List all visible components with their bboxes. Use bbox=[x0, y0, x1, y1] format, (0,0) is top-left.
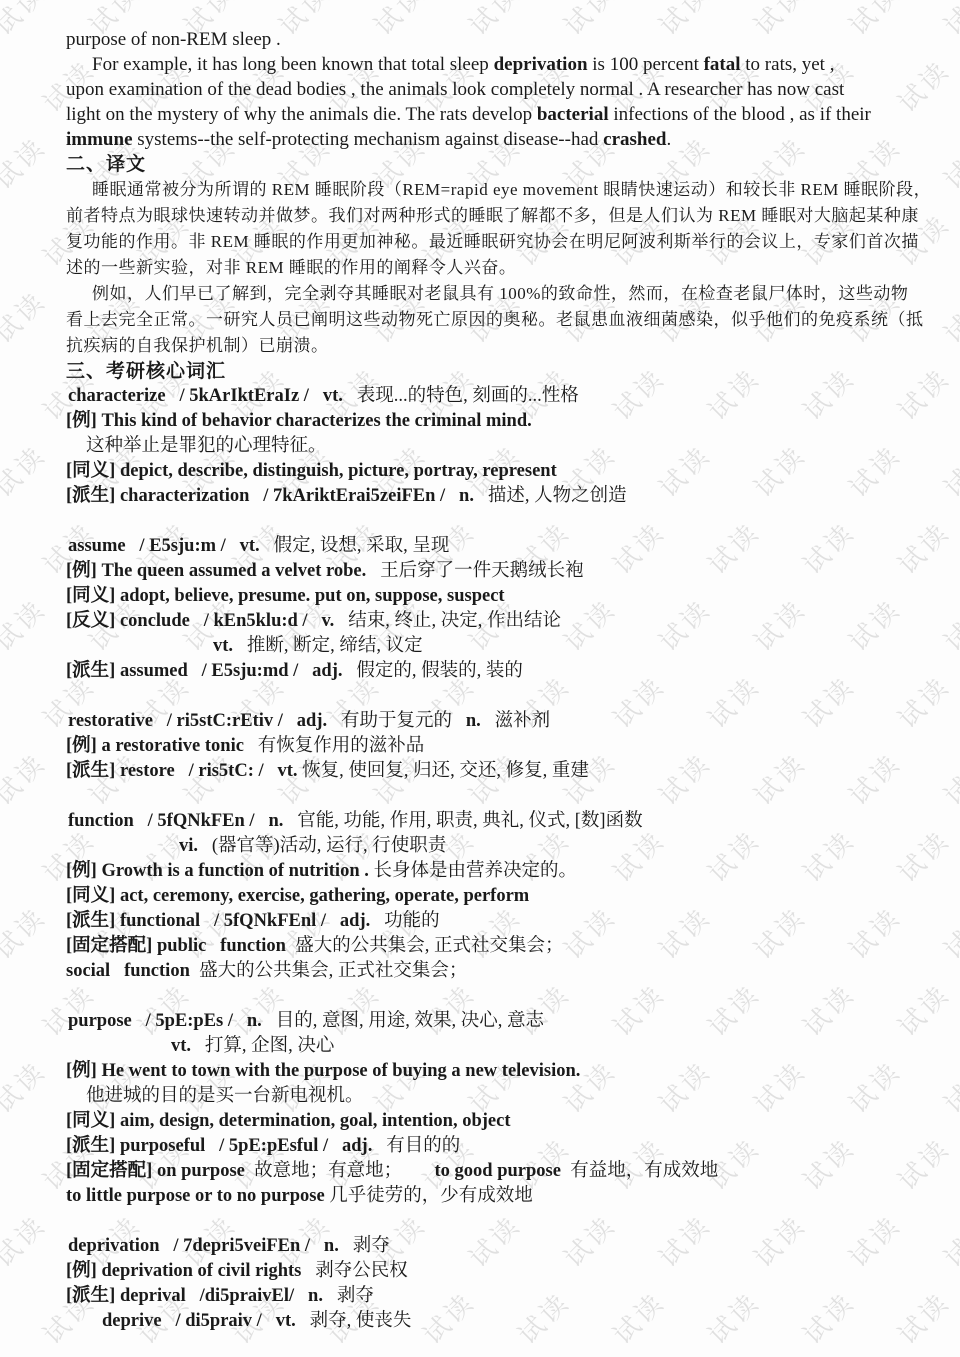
text-segment: [固定搭配] on purpose bbox=[66, 1161, 245, 1181]
text-segment: 官能, 功能, 作用, 职责, 典礼, 仪式, [数]函数 bbox=[283, 811, 642, 831]
text-line: upon examination of the dead bodies , th… bbox=[66, 77, 902, 102]
text-segment: 推断, 断定, 缔结, 议定 bbox=[233, 636, 423, 656]
text-line: [固定搭配] public function 盛大的公共集会, 正式社交集会； bbox=[66, 934, 902, 959]
text-line: social function 盛大的公共集会, 正式社交集会； bbox=[66, 959, 902, 984]
text-segment: 表现...的特色, 刻画的...性格 bbox=[343, 386, 579, 406]
text-line: [派生] purposeful / 5pE:pEsful / adj. 有目的的 bbox=[66, 1134, 902, 1159]
text-line: [例] a restorative tonic 有恢复作用的滋补品 bbox=[66, 734, 902, 759]
text-segment: 剥夺公民权 bbox=[301, 1261, 407, 1281]
text-line: restorative / ri5stC:rEtiv / adj. 有助于复元的… bbox=[66, 709, 902, 734]
text-line: [反义] conclude / kEn5klu:d / v. 结束, 终止, 决… bbox=[66, 609, 902, 634]
text-line: 前者特点为眼球快速转动并做梦。我们对两种形式的睡眠了解都不多，但是人们认为 RE… bbox=[66, 203, 902, 229]
text-segment: upon examination of the dead bodies , th… bbox=[66, 79, 844, 100]
text-segment: [派生] deprival /di5praivEl/ n. bbox=[66, 1286, 323, 1306]
heading-vocabulary: 三、考研核心词汇 bbox=[66, 359, 902, 384]
text-segment: 抗疾病的自我保护机制）已崩溃。 bbox=[66, 336, 329, 355]
text-line: [派生] restore / ris5tC: / vt. 恢复, 使回复, 归还… bbox=[66, 759, 902, 784]
text-segment: 这种举止是罪犯的心理特征。 bbox=[86, 436, 327, 456]
page: 试读试读试读试读试读试读试读试读试读试读试读试读试读试读试读试读试读试读试读试读… bbox=[0, 0, 960, 1357]
text-segment: 盛大的公共集会, 正式社交集会； bbox=[286, 936, 564, 956]
text-line: deprive / di5praiv / vt. 剥夺, 使丧失 bbox=[66, 1309, 902, 1334]
text-line: [例] He went to town with the purpose of … bbox=[66, 1059, 902, 1084]
text-segment: 述的一些新实验，对非 REM 睡眠的作用的阐释令人兴奋。 bbox=[66, 258, 516, 277]
text-line: vt. 打算, 企图, 决心 bbox=[66, 1034, 902, 1059]
text-segment: deprivation bbox=[494, 54, 588, 75]
text-segment: [同义] act, ceremony, exercise, gathering,… bbox=[66, 886, 529, 906]
text-segment: purpose / 5pE:pEs / n. bbox=[68, 1011, 262, 1031]
text-segment: 盛大的公共集会, 正式社交集会； bbox=[190, 961, 468, 981]
text-segment: 功能的 bbox=[370, 911, 439, 931]
text-segment: [同义] depict, describe, distinguish, pict… bbox=[66, 461, 557, 481]
text-segment: 剥夺, 使丧失 bbox=[296, 1311, 412, 1331]
text-segment: 有目的的 bbox=[372, 1136, 460, 1156]
text-segment: 几乎徒劳的，少有成效地 bbox=[325, 1186, 533, 1206]
translation-paragraph-1: 睡眠通常被分为所谓的 REM 睡眠阶段（REM=rapid eye moveme… bbox=[66, 177, 902, 281]
text-segment: [派生] purposeful / 5pE:pEsful / adj. bbox=[66, 1136, 372, 1156]
text-segment: [例] Growth is a function of nutrition . bbox=[66, 861, 369, 881]
text-line: [派生] functional / 5fQNkFEnl / adj. 功能的 bbox=[66, 909, 902, 934]
text-segment: 有益地，有成效地 bbox=[561, 1161, 718, 1181]
text-line: 抗疾病的自我保护机制）已崩溃。 bbox=[66, 333, 902, 359]
text-line: 睡眠通常被分为所谓的 REM 睡眠阶段（REM=rapid eye moveme… bbox=[66, 177, 902, 203]
vocab-entry-restorative: restorative / ri5stC:rEtiv / adj. 有助于复元的… bbox=[66, 709, 902, 784]
text-segment: characterize / 5kArIktEraIz / vt. bbox=[68, 386, 343, 406]
text-segment: [反义] conclude / kEn5klu:d / v. bbox=[66, 611, 334, 631]
text-segment: [派生] assumed / E5sju:md / adj. bbox=[66, 661, 343, 681]
text-segment: 有恢复作用的滋补品 bbox=[244, 736, 424, 756]
text-line: to little purpose or to no purpose 几乎徒劳的… bbox=[66, 1184, 902, 1209]
text-segment: 剥夺 bbox=[323, 1286, 374, 1306]
document-content: purpose of non-REM sleep .For example, i… bbox=[0, 0, 960, 1334]
text-segment: 看上去完全正常。一研究人员已阐明这些动物死亡原因的奥秘。老鼠患血液细菌感染，似乎… bbox=[66, 310, 924, 329]
text-segment: infections of the blood , as if their bbox=[609, 104, 871, 125]
text-line: [派生] deprival /di5praivEl/ n. 剥夺 bbox=[66, 1284, 902, 1309]
vocab-entry-purpose: purpose / 5pE:pEs / n. 目的, 意图, 用途, 效果, 决… bbox=[66, 1009, 902, 1209]
text-line: [派生] characterization / 7kAriktErai5zeiF… bbox=[66, 484, 902, 509]
translation-paragraph-2: 例如，人们早已了解到，完全剥夺其睡眠对老鼠具有 100%的致命性，然而，在检查老… bbox=[66, 281, 902, 359]
text-line: 看上去完全正常。一研究人员已阐明这些动物死亡原因的奥秘。老鼠患血液细菌感染，似乎… bbox=[66, 307, 902, 333]
text-segment: immune bbox=[66, 129, 133, 150]
text-line: vi. (器官等)活动, 运行, 行使职责 bbox=[66, 834, 902, 859]
text-line: 这种举止是罪犯的心理特征。 bbox=[66, 434, 902, 459]
text-segment: 滋补剂 bbox=[481, 711, 550, 731]
text-segment: 例如，人们早已了解到，完全剥夺其睡眠对老鼠具有 100%的致命性，然而，在检查老… bbox=[92, 284, 908, 303]
text-segment: (器官等)活动, 运行, 行使职责 bbox=[198, 836, 446, 856]
text-segment: [例] deprivation of civil rights bbox=[66, 1261, 301, 1281]
text-line: function / 5fQNkFEn / n. 官能, 功能, 作用, 职责,… bbox=[66, 809, 902, 834]
vocab-entry-assume: assume / E5sju:m / vt. 假定, 设想, 采取, 呈现[例]… bbox=[66, 534, 902, 684]
text-line: 例如，人们早已了解到，完全剥夺其睡眠对老鼠具有 100%的致命性，然而，在检查老… bbox=[66, 281, 902, 307]
vocab-entry-deprivation: deprivation / 7depri5veiFEn / n. 剥夺[例] d… bbox=[66, 1234, 902, 1334]
text-segment: deprivation / 7depri5veiFEn / n. bbox=[68, 1236, 339, 1256]
text-segment: vt. bbox=[171, 1036, 191, 1056]
text-segment: 打算, 企图, 决心 bbox=[191, 1036, 334, 1056]
text-segment: function / 5fQNkFEn / n. bbox=[68, 811, 283, 831]
text-segment: [例] a restorative tonic bbox=[66, 736, 244, 756]
text-line: 他进城的目的是买一台新电视机。 bbox=[66, 1084, 902, 1109]
text-line: [同义] aim, design, determination, goal, i… bbox=[66, 1109, 902, 1134]
text-segment: . bbox=[666, 129, 671, 150]
text-segment: For example, it has long been known that… bbox=[92, 54, 494, 75]
text-segment: light on the mystery of why the animals … bbox=[66, 104, 537, 125]
text-line: [例] Growth is a function of nutrition . … bbox=[66, 859, 902, 884]
text-line: [派生] assumed / E5sju:md / adj. 假定的, 假装的,… bbox=[66, 659, 902, 684]
text-segment: [固定搭配] public function bbox=[66, 936, 286, 956]
text-segment: [例] The queen assumed a velvet robe. bbox=[66, 561, 366, 581]
text-line: 述的一些新实验，对非 REM 睡眠的作用的阐释令人兴奋。 bbox=[66, 255, 902, 281]
text-segment: to little purpose or to no purpose bbox=[66, 1186, 325, 1206]
text-segment: purpose of non-REM sleep . bbox=[66, 29, 281, 50]
text-segment: to rats, yet , bbox=[741, 54, 835, 75]
text-segment: is 100 percent bbox=[588, 54, 704, 75]
text-line: [同义] act, ceremony, exercise, gathering,… bbox=[66, 884, 902, 909]
text-line: immune systems--the self-protecting mech… bbox=[66, 127, 902, 152]
text-segment: 假定的, 假装的, 装的 bbox=[343, 661, 523, 681]
vocab-entry-characterize: characterize / 5kArIktEraIz / vt. 表现...的… bbox=[66, 384, 902, 509]
text-line: [例] deprivation of civil rights 剥夺公民权 bbox=[66, 1259, 902, 1284]
text-segment: 剥夺 bbox=[339, 1236, 390, 1256]
text-segment: fatal bbox=[704, 54, 741, 75]
text-segment: [例] This kind of behavior characterizes … bbox=[66, 411, 532, 431]
text-segment: 复功能的作用。非 REM 睡眠的作用更加神秘。最近睡眠研究协会在明尼阿波利斯举行… bbox=[66, 232, 919, 251]
text-line: 复功能的作用。非 REM 睡眠的作用更加神秘。最近睡眠研究协会在明尼阿波利斯举行… bbox=[66, 229, 902, 255]
text-line: [例] This kind of behavior characterizes … bbox=[66, 409, 902, 434]
text-segment: 假定, 设想, 采取, 呈现 bbox=[260, 536, 450, 556]
text-segment: 有助于复元的 bbox=[327, 711, 466, 731]
text-segment: 结束, 终止, 决定, 作出结论 bbox=[334, 611, 561, 631]
text-segment: [派生] restore / ris5tC: / vt. bbox=[66, 761, 298, 781]
text-segment: n. bbox=[466, 711, 481, 731]
vocab-entry-function: function / 5fQNkFEn / n. 官能, 功能, 作用, 职责,… bbox=[66, 809, 902, 984]
text-line: [固定搭配] on purpose 故意地；有意地； to good purpo… bbox=[66, 1159, 902, 1184]
text-segment: 描述, 人物之创造 bbox=[474, 486, 627, 506]
text-segment: restorative / ri5stC:rEtiv / adj. bbox=[68, 711, 327, 731]
text-line: purpose of non-REM sleep . bbox=[66, 27, 902, 52]
text-segment: [同义] aim, design, determination, goal, i… bbox=[66, 1111, 511, 1131]
text-segment: vi. bbox=[179, 836, 198, 856]
heading-translation: 二、译文 bbox=[66, 152, 902, 177]
text-segment: 他进城的目的是买一台新电视机。 bbox=[86, 1086, 364, 1106]
text-segment: 前者特点为眼球快速转动并做梦。我们对两种形式的睡眠了解都不多，但是人们认为 RE… bbox=[66, 206, 919, 225]
text-line: purpose / 5pE:pEs / n. 目的, 意图, 用途, 效果, 决… bbox=[66, 1009, 902, 1034]
text-segment: 睡眠通常被分为所谓的 REM 睡眠阶段（REM=rapid eye moveme… bbox=[92, 180, 931, 199]
text-line: vt. 推断, 断定, 缔结, 议定 bbox=[66, 634, 902, 659]
intro-paragraph: purpose of non-REM sleep .For example, i… bbox=[66, 27, 902, 152]
vocab-list: characterize / 5kArIktEraIz / vt. 表现...的… bbox=[66, 384, 902, 1334]
text-line: [例] The queen assumed a velvet robe. 王后穿… bbox=[66, 559, 902, 584]
text-segment: vt. bbox=[213, 636, 233, 656]
text-segment: to good purpose bbox=[435, 1161, 561, 1181]
text-segment: 恢复, 使回复, 归还, 交还, 修复, 重建 bbox=[298, 761, 589, 781]
text-segment: 目的, 意图, 用途, 效果, 决心, 意志 bbox=[262, 1011, 544, 1031]
text-segment: 王后穿了一件天鹅绒长袍 bbox=[366, 561, 583, 581]
text-line: [同义] adopt, believe, presume. put on, su… bbox=[66, 584, 902, 609]
text-segment: social function bbox=[66, 961, 190, 981]
text-line: [同义] depict, describe, distinguish, pict… bbox=[66, 459, 902, 484]
text-line: deprivation / 7depri5veiFEn / n. 剥夺 bbox=[66, 1234, 902, 1259]
text-segment: [例] He went to town with the purpose of … bbox=[66, 1061, 580, 1081]
text-segment: 故意地；有意地； bbox=[245, 1161, 435, 1181]
text-segment: [派生] characterization / 7kAriktErai5zeiF… bbox=[66, 486, 474, 506]
text-line: assume / E5sju:m / vt. 假定, 设想, 采取, 呈现 bbox=[66, 534, 902, 559]
text-line: characterize / 5kArIktEraIz / vt. 表现...的… bbox=[66, 384, 902, 409]
text-line: light on the mystery of why the animals … bbox=[66, 102, 902, 127]
text-segment: assume / E5sju:m / vt. bbox=[68, 536, 260, 556]
text-segment: [派生] functional / 5fQNkFEnl / adj. bbox=[66, 911, 370, 931]
text-segment: deprive / di5praiv / vt. bbox=[102, 1311, 296, 1331]
text-segment: 长身体是由营养决定的。 bbox=[369, 861, 577, 881]
text-line: For example, it has long been known that… bbox=[66, 52, 902, 77]
text-segment: [同义] adopt, believe, presume. put on, su… bbox=[66, 586, 505, 606]
text-segment: systems--the self-protecting mechanism a… bbox=[133, 129, 604, 150]
text-segment: bacterial bbox=[537, 104, 609, 125]
text-segment: crashed bbox=[603, 129, 666, 150]
